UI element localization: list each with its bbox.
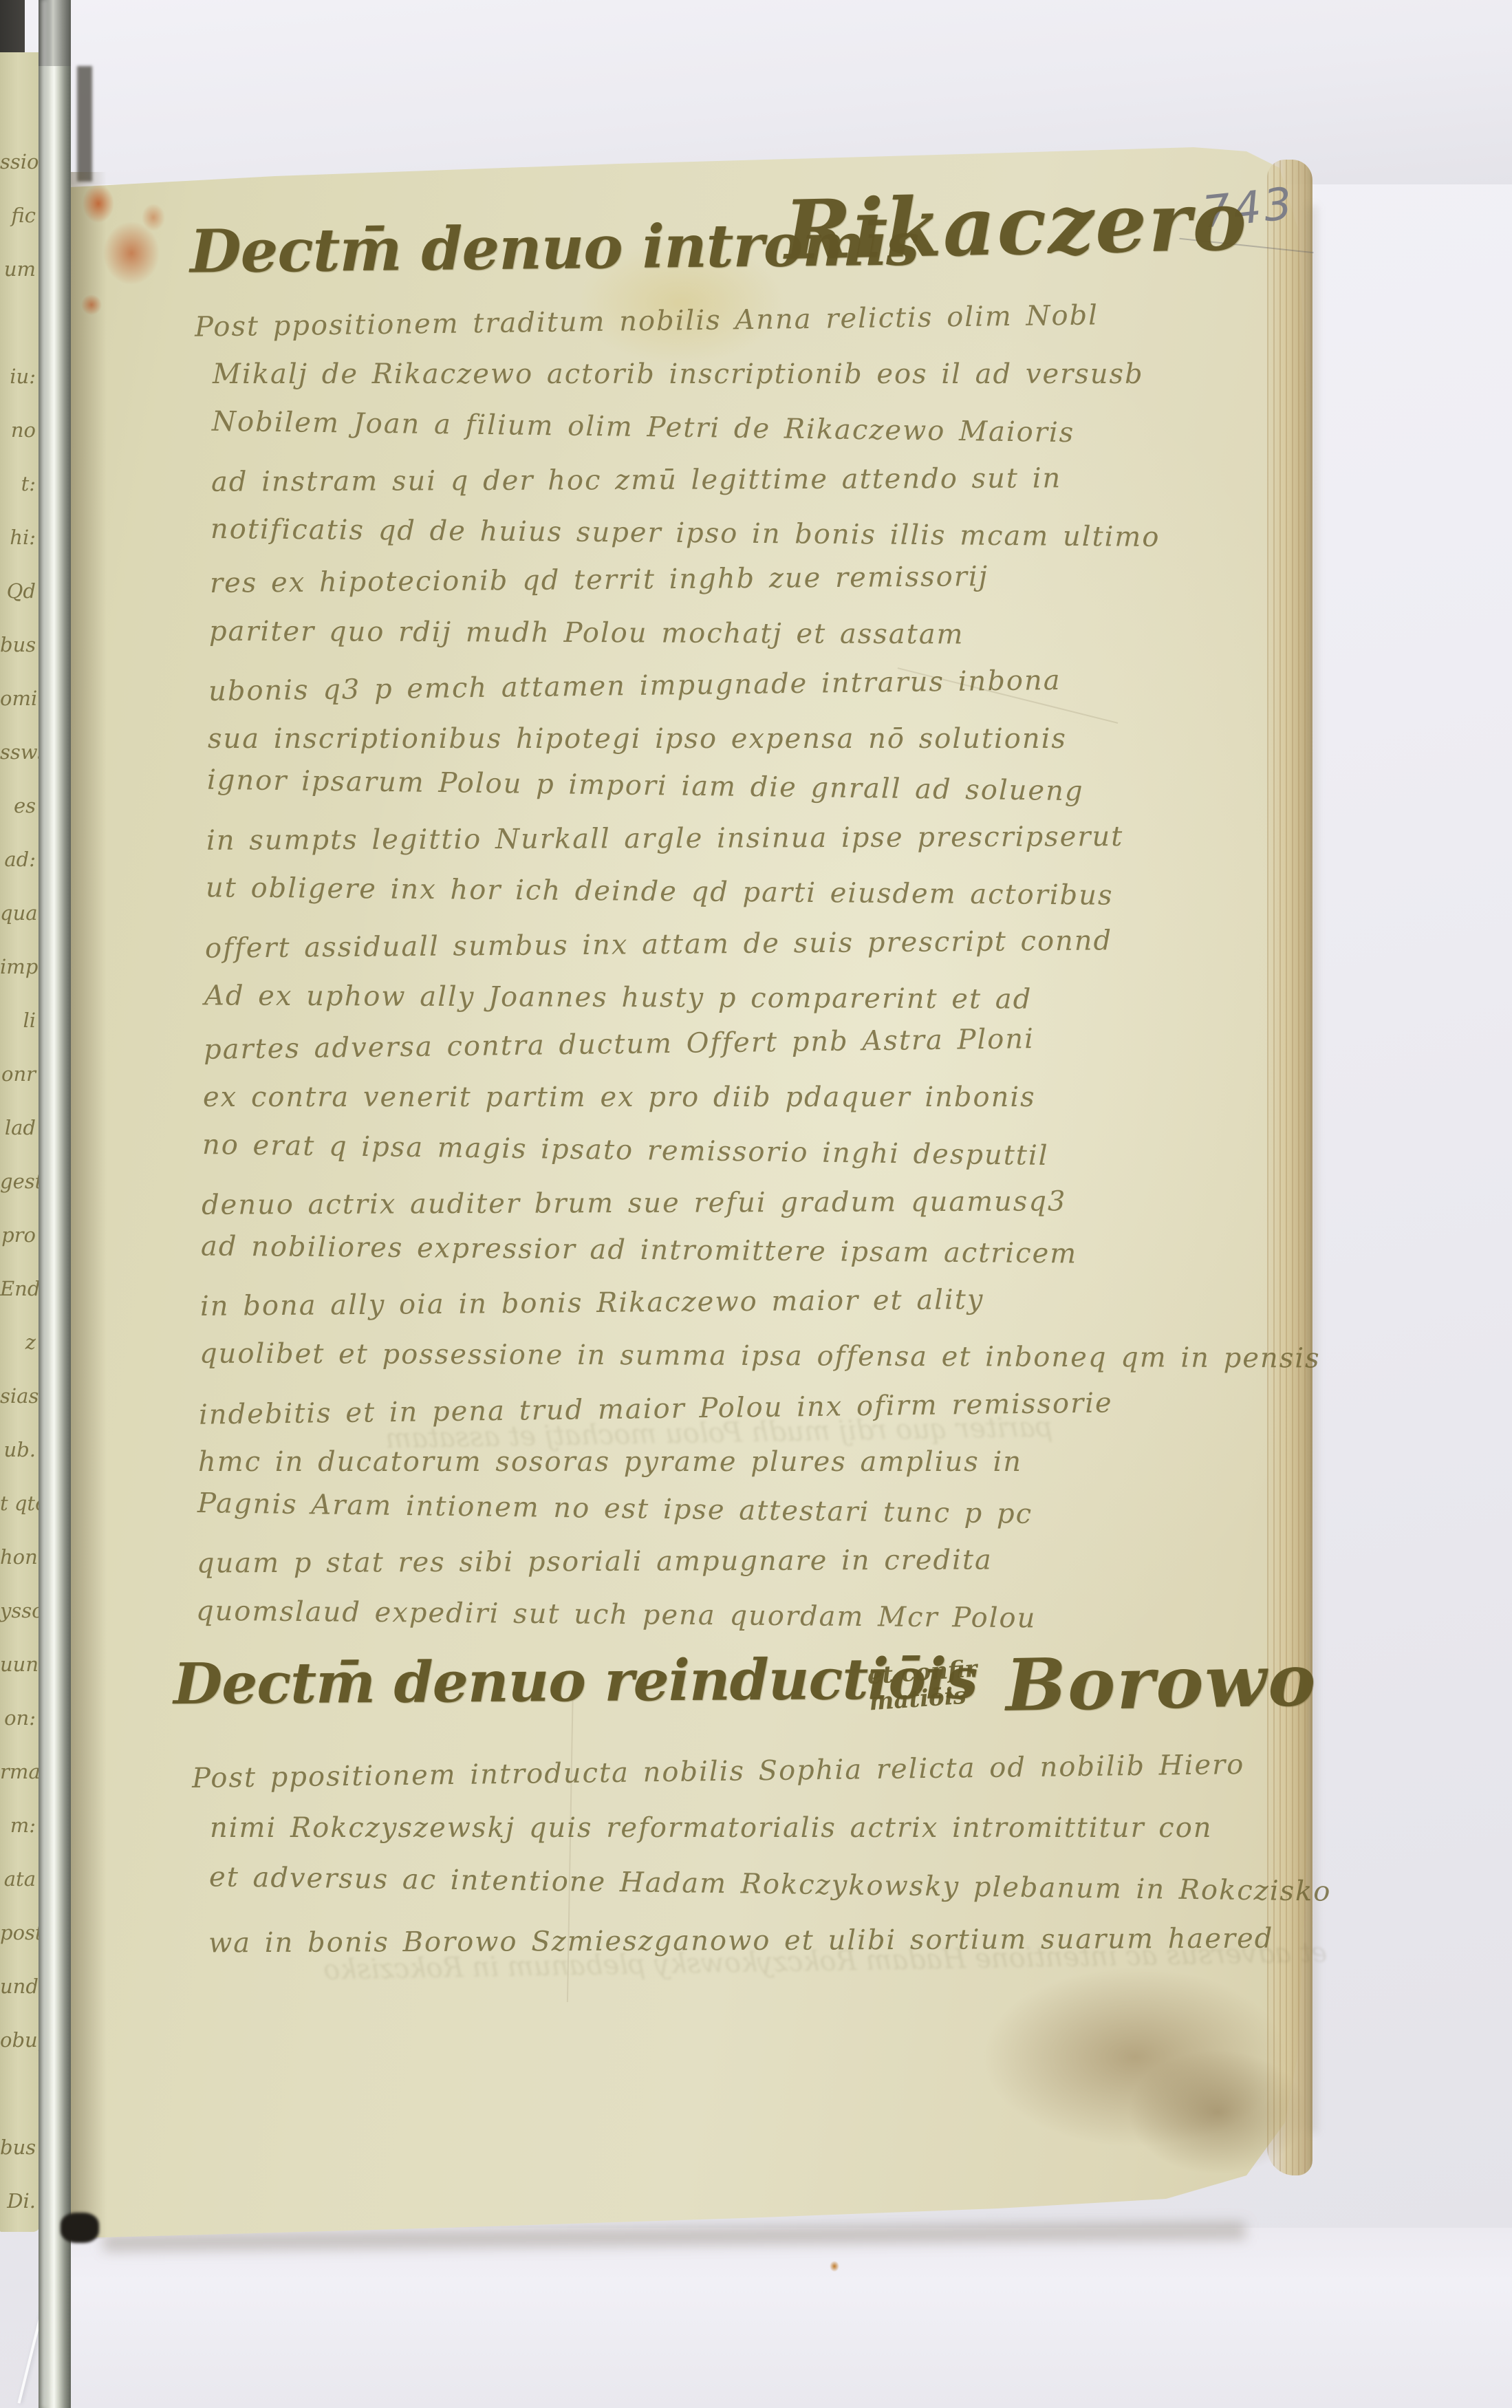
entry2-heading: Dectm̄ denuo reinductiōis — [173, 1646, 978, 1717]
manuscript-photo: ssiorficumiu:not:hi:Qdbusomi:sswsesad:qu… — [0, 0, 1512, 2408]
margin-text-fragment: es — [0, 794, 36, 817]
manuscript-text-line: quolibet et possessione in summa ipsa of… — [199, 1337, 1321, 1374]
margin-text-fragment: ata — [0, 1867, 36, 1891]
margin-text-fragment: impo — [0, 955, 36, 978]
entry2-heading-placename: Borowo — [1005, 1637, 1317, 1728]
entry2-heading-superscript: et confir matiōis — [867, 1656, 980, 1716]
manuscript-text-line: ad instram sui q der hoc zmū legittime a… — [211, 462, 1061, 497]
manuscript-text-line: quam p stat res sibi psoriali ampugnare … — [197, 1544, 993, 1579]
fore-edge-shadow — [1308, 206, 1317, 2133]
margin-text-fragment: m: — [0, 1814, 36, 1837]
rust-stain — [81, 294, 102, 315]
margin-text-fragment: on: — [0, 1706, 36, 1730]
manuscript-text-line: pariter quo rdij mudh Polou mochatj et a… — [209, 616, 964, 651]
manuscript-text-line: hmc in ducatorum sosoras pyrame plures a… — [198, 1446, 1022, 1478]
manuscript-text-line: ex contra venerit partim ex pro diib pda… — [203, 1082, 1036, 1113]
margin-text-fragment: gestat — [0, 1170, 36, 1193]
margin-text-fragment: ub. — [0, 1438, 36, 1461]
fore-edge-page-stack — [1267, 160, 1313, 2175]
manuscript-text-line: denuo actrix auditer brum sue refui grad… — [202, 1185, 1067, 1221]
manuscript-text-line: in sumpts legittio Nurkall argle insinua… — [206, 821, 1124, 857]
ink-spot — [830, 2261, 839, 2272]
margin-text-fragment: Qd — [0, 579, 36, 603]
manuscript-text-line: nimi Rokczyszewskj quis reformatorialis … — [210, 1812, 1213, 1844]
gutter-shadow-top — [77, 66, 92, 182]
margin-text-fragment: ysso: — [0, 1599, 36, 1622]
margin-text-fragment: ad: — [0, 848, 36, 871]
margin-text-fragment: ssws — [0, 740, 36, 764]
manuscript-text-line: sua inscriptionibus hipotegi ipso expens… — [208, 723, 1067, 755]
margin-text-fragment: pro — [0, 1223, 36, 1247]
margin-text-fragment: um — [0, 257, 36, 281]
gutter-gap-shadow — [61, 2213, 99, 2243]
margin-text-fragment: li — [0, 1009, 36, 1032]
margin-text-fragment: bus — [0, 633, 36, 656]
margin-text-fragment: ssior — [0, 150, 36, 173]
margin-text-fragment: rma — [0, 1760, 36, 1783]
margin-text-fragment: und. — [0, 1975, 36, 1998]
margin-text-fragment: post — [0, 1921, 36, 1944]
margin-text-fragment: z — [0, 1331, 36, 1354]
margin-text-fragment: t: — [0, 472, 36, 495]
glass-rod-highlight — [41, 0, 47, 2408]
margin-text-fragment: t qto — [0, 1492, 36, 1515]
rust-stain — [83, 184, 114, 223]
margin-text-fragment: sias — [0, 1384, 36, 1408]
backdrop-paper-bottom — [40, 2228, 1512, 2408]
margin-text-fragment: obug — [0, 2028, 36, 2052]
margin-text-fragment: bus — [0, 2136, 36, 2159]
rust-stain — [142, 204, 165, 231]
margin-text-fragment: qua — [0, 901, 36, 925]
margin-text-fragment: omi: — [0, 687, 36, 710]
gutter-shadow — [71, 172, 107, 2239]
margin-text-fragment: End — [0, 1277, 36, 1300]
manuscript-text-line: Ad ex uphow ally Joannes husty p compare… — [204, 980, 1032, 1015]
backdrop-paper-top — [25, 0, 1512, 184]
margin-text-fragment: onr — [0, 1062, 36, 1086]
margin-text-fragment: hont — [0, 1545, 36, 1569]
margin-text-fragment: fic — [0, 204, 36, 227]
margin-text-fragment: lad — [0, 1116, 36, 1139]
entry1-heading-placename: Rikaczero — [784, 173, 1249, 278]
manuscript-text-line: Mikalj de Rikaczewo actorib inscriptioni… — [213, 358, 1144, 390]
margin-text-fragment: uun: — [0, 1653, 36, 1676]
margin-text-fragment: hi: — [0, 526, 36, 549]
corner-grime-stain — [1128, 2050, 1307, 2174]
margin-text-fragment: no — [0, 418, 36, 442]
margin-text-fragment: Di. — [0, 2189, 36, 2213]
margin-text-fragment: iu: — [0, 365, 36, 388]
